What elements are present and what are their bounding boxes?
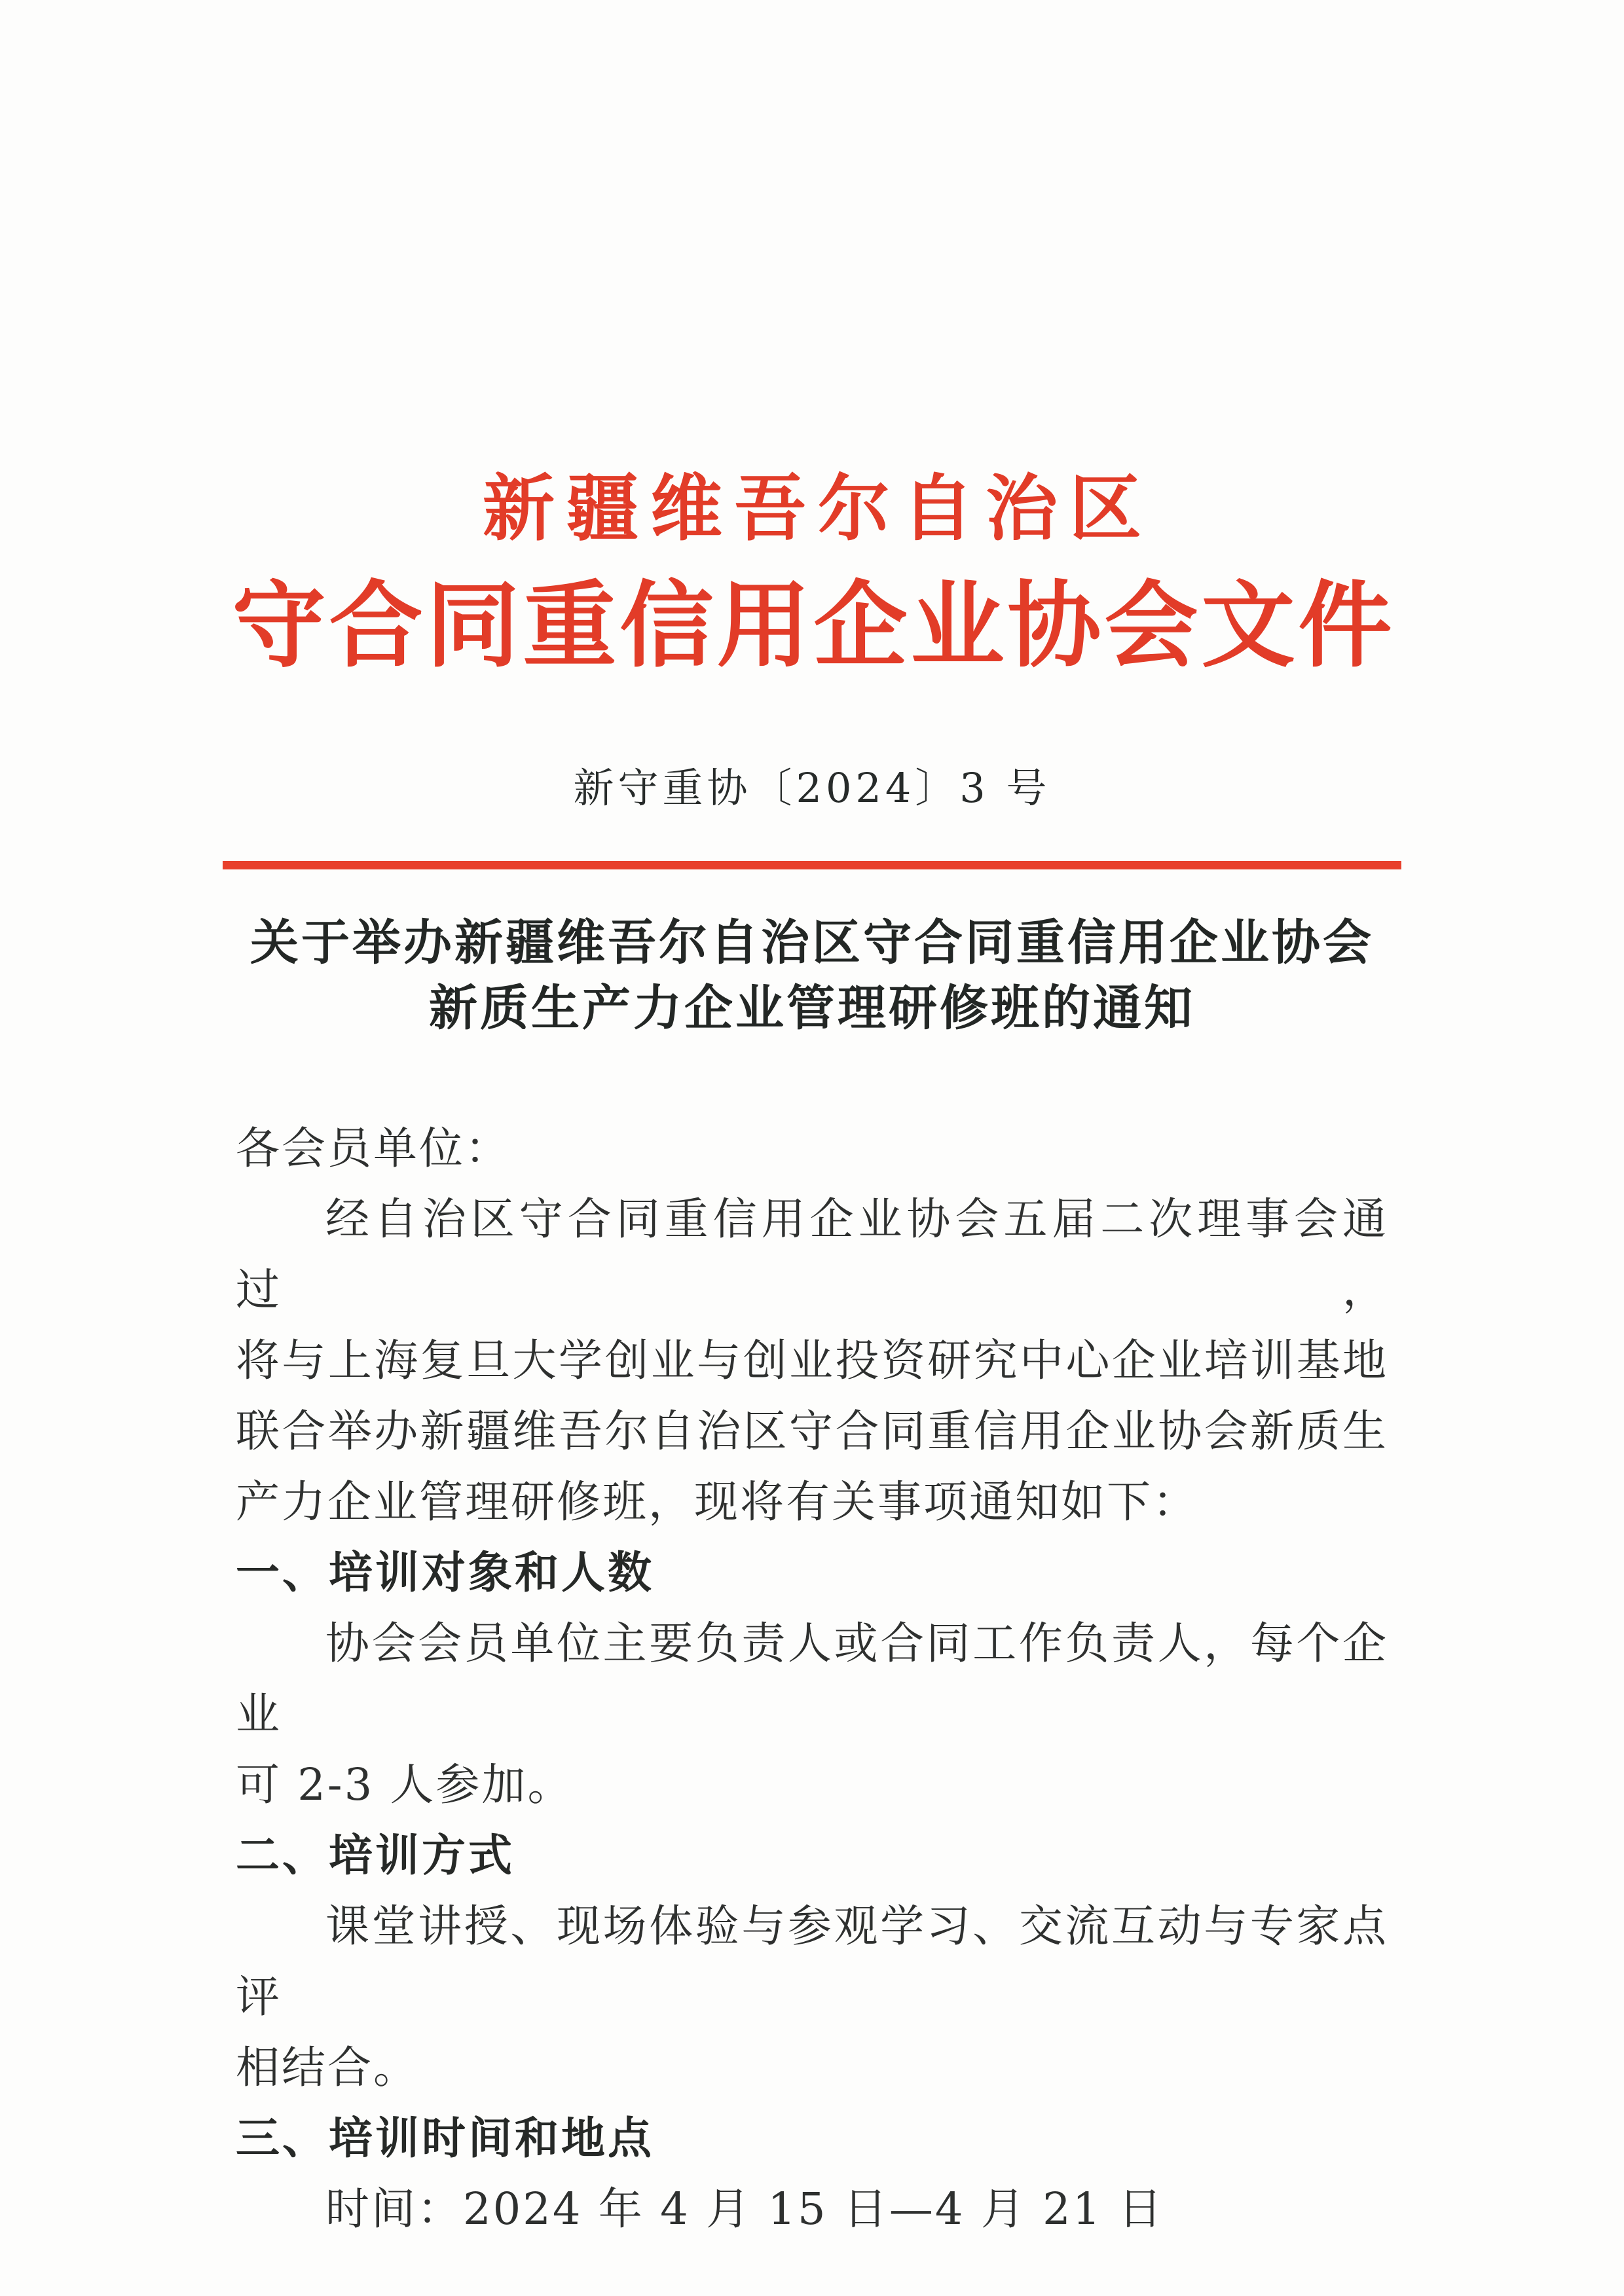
letterhead-org-line2: 守合同重信用企业协会文件 [0,579,1624,672]
document-body: 各会员单位： 经自治区守合同重信用企业协会五届二次理事会通过， 将与上海复旦大学… [236,1113,1388,2244]
body-line: 产力企业管理研修班，现将有关事项通知如下： [236,1467,1388,1537]
title-line1: 关于举办新疆维吾尔自治区守合同重信用企业协会 [0,910,1624,975]
body-line-salutation: 各会员单位： [236,1113,1388,1184]
body-line: 经自治区守合同重信用企业协会五届二次理事会通过， [236,1184,1388,1325]
section-heading-1: 一、培训对象和人数 [236,1537,1388,1608]
doc-number: 新守重协〔2024〕3 号 [0,765,1624,811]
body-line: 相结合。 [236,2032,1388,2103]
body-line: 将与上海复旦大学创业与创业投资研究中心企业培训基地 [236,1325,1388,1396]
red-divider-line [223,861,1401,869]
body-line: 课堂讲授、现场体验与参观学习、交流互动与专家点评 [236,1891,1388,2032]
letterhead-org-line1: 新疆维吾尔自治区 [0,0,1624,545]
title-line2: 新质生产力企业管理研修班的通知 [0,975,1624,1041]
document-page: 新疆维吾尔自治区 守合同重信用企业协会文件 新守重协〔2024〕3 号 关于举办… [0,0,1624,2296]
body-line: 协会会员单位主要负责人或合同工作负责人，每个企业 [236,1608,1388,1749]
body-line: 联合举办新疆维吾尔自治区守合同重信用企业协会新质生 [236,1396,1388,1467]
section-heading-3: 三、培训时间和地点 [236,2103,1388,2174]
body-line: 可 2-3 人参加。 [236,1749,1388,1820]
section-heading-2: 二、培训方式 [236,1820,1388,1891]
document-title: 关于举办新疆维吾尔自治区守合同重信用企业协会 新质生产力企业管理研修班的通知 [0,910,1624,1041]
body-line-time: 时间：2024 年 4 月 15 日—4 月 21 日 [236,2174,1388,2244]
